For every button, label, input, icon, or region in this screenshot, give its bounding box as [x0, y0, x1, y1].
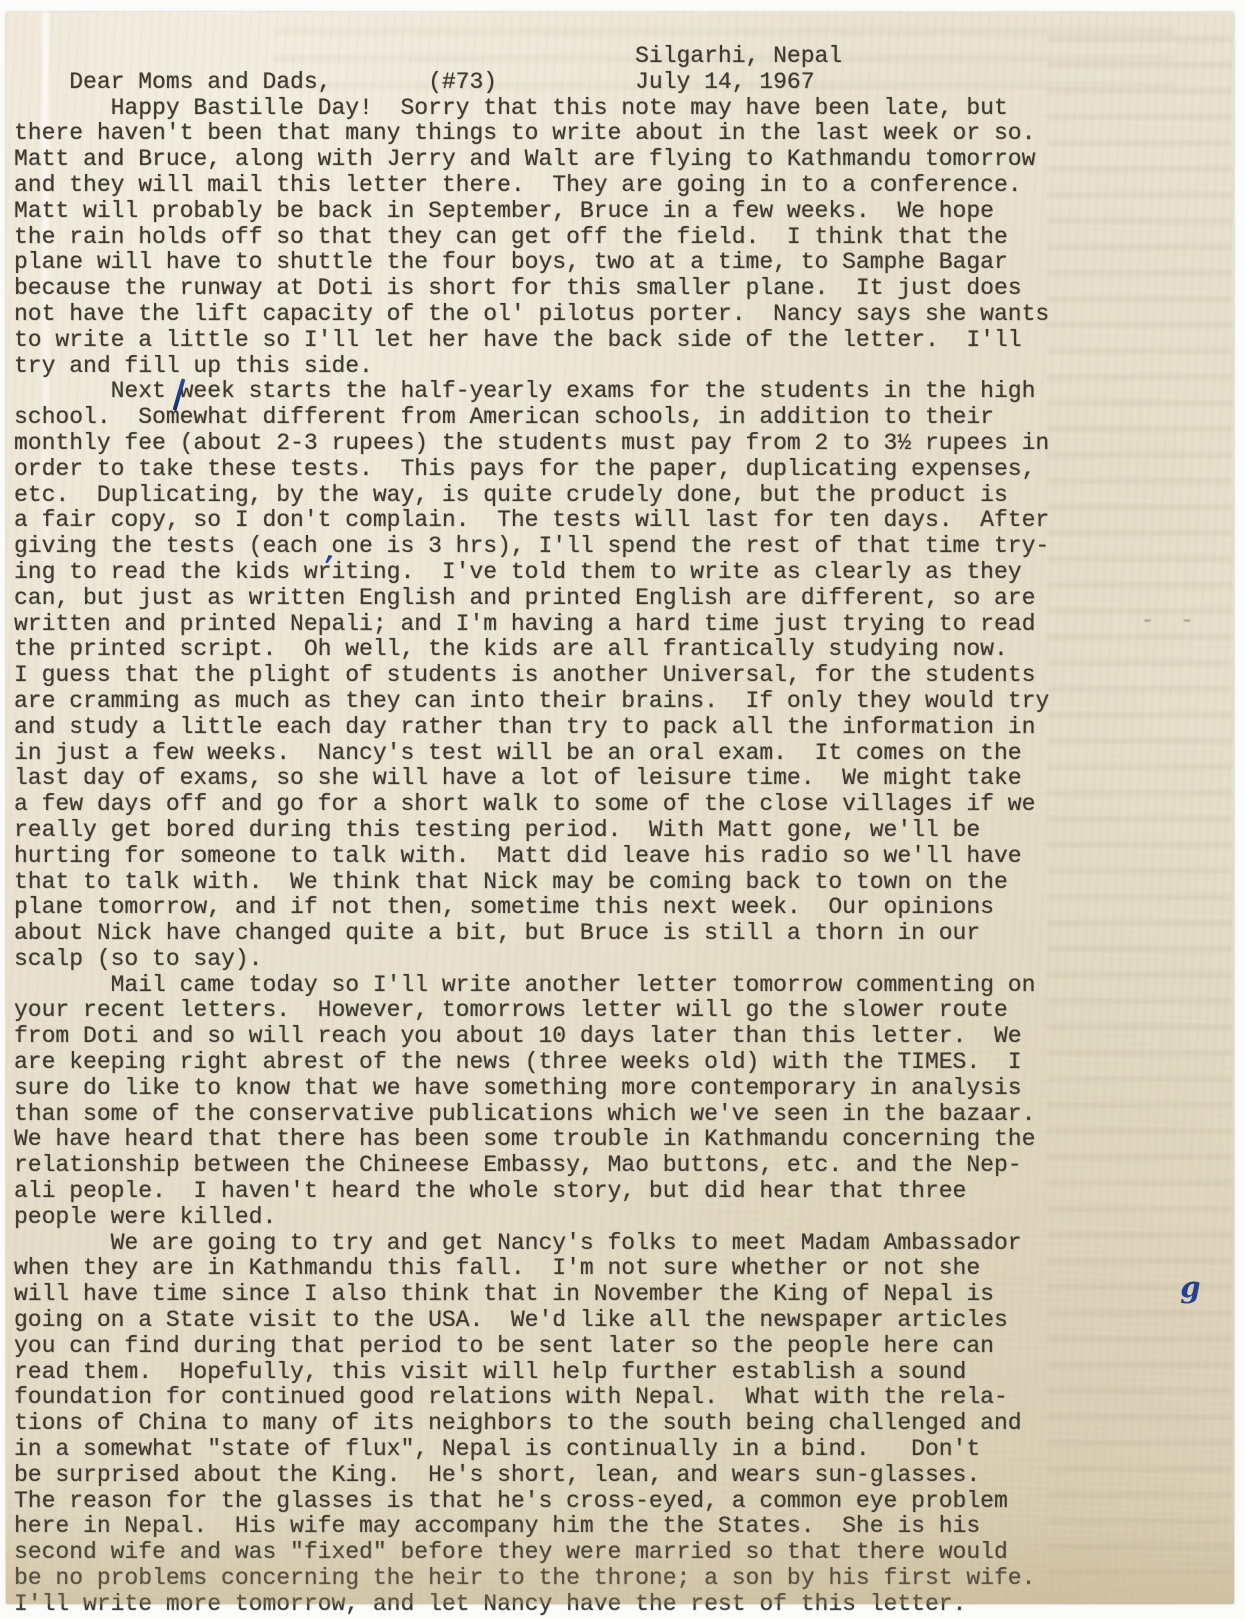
letter-line: Dear Moms and Dads, (#73) July 14, 1967 [14, 70, 1214, 96]
letter-line: to write a little so I'll let her have t… [14, 328, 1214, 354]
letter-line: ali people. I haven't heard the whole st… [14, 1179, 1214, 1205]
letter-body-text: Silgarhi, Nepal Dear Moms and Dads, (#73… [14, 44, 1214, 1618]
letter-line: really get bored during this testing per… [14, 818, 1214, 844]
letter-line: here in Nepal. His wife may accompany hi… [14, 1514, 1214, 1540]
letter-line: Next week starts the half-yearly exams f… [14, 379, 1214, 405]
letter-line: be surprised about the King. He's short,… [14, 1463, 1214, 1489]
letter-line: I guess that the plight of students is a… [14, 663, 1214, 689]
letter-line: etc. Duplicating, by the way, is quite c… [14, 483, 1214, 509]
letter-line: and study a little each day rather than … [14, 715, 1214, 741]
letter-line: We are going to try and get Nancy's folk… [14, 1231, 1214, 1257]
letter-line: from Doti and so will reach you about 10… [14, 1024, 1214, 1050]
letter-line: order to take these tests. This pays for… [14, 457, 1214, 483]
scanned-letter-page: - - Silgarhi, Nepal Dear Moms and Dads, … [6, 12, 1234, 1604]
letter-line: be no problems concerning the heir to th… [14, 1566, 1214, 1592]
letter-line: tions of China to many of its neighbors … [14, 1411, 1214, 1437]
letter-line: last day of exams, so she will have a lo… [14, 766, 1214, 792]
letter-line: sure do like to know that we have someth… [14, 1076, 1214, 1102]
letter-line: will have time since I also think that i… [14, 1282, 1214, 1308]
letter-line: Matt will probably be back in September,… [14, 199, 1214, 225]
letter-line: Happy Bastille Day! Sorry that this note… [14, 96, 1214, 122]
letter-line: a fair copy, so I don't complain. The te… [14, 508, 1214, 534]
letter-line: in a somewhat "state of flux", Nepal is … [14, 1437, 1214, 1463]
letter-line: school. Somewhat different from American… [14, 405, 1214, 431]
letter-line: giving the tests (each one is 3 hrs), I'… [14, 534, 1214, 560]
letter-line: a few days off and go for a short walk t… [14, 792, 1214, 818]
letter-line: second wife and was "fixed" before they … [14, 1540, 1214, 1566]
letter-line: foundation for continued good relations … [14, 1385, 1214, 1411]
letter-line: the printed script. Oh well, the kids ar… [14, 637, 1214, 663]
letter-line: there haven't been that many things to w… [14, 121, 1214, 147]
letter-line: and they will mail this letter there. Th… [14, 173, 1214, 199]
letter-line: in just a few weeks. Nancy's test will b… [14, 741, 1214, 767]
letter-line: read them. Hopefully, this visit will he… [14, 1360, 1214, 1386]
letter-line: when they are in Kathmandu this fall. I'… [14, 1256, 1214, 1282]
letter-line: ing to read the kids writing. I've told … [14, 560, 1214, 586]
letter-line: can, but just as written English and pri… [14, 586, 1214, 612]
letter-line: Mail came today so I'll write another le… [14, 973, 1214, 999]
letter-line: monthly fee (about 2-3 rupees) the stude… [14, 431, 1214, 457]
letter-line: your recent letters. However, tomorrows … [14, 998, 1214, 1024]
letter-line: I'll write more tomorrow, and let Nancy … [14, 1592, 1214, 1618]
letter-line: because the runway at Doti is short for … [14, 276, 1214, 302]
letter-line: We have heard that there has been some t… [14, 1127, 1214, 1153]
letter-line: scalp (so to say). [14, 947, 1214, 973]
letter-line: you can find during that period to be se… [14, 1334, 1214, 1360]
letter-line: than some of the conservative publicatio… [14, 1102, 1214, 1128]
letter-line: Silgarhi, Nepal [14, 44, 1214, 70]
letter-line: try and fill up this side. [14, 354, 1214, 380]
letter-line: are cramming as much as they can into th… [14, 689, 1214, 715]
letter-line: that to talk with. We think that Nick ma… [14, 870, 1214, 896]
letter-line: hurting for someone to talk with. Matt d… [14, 844, 1214, 870]
letter-line: about Nick have changed quite a bit, but… [14, 921, 1214, 947]
letter-line: relationship between the Chineese Embass… [14, 1153, 1214, 1179]
letter-line: the rain holds off so that they can get … [14, 225, 1214, 251]
letter-line: written and printed Nepali; and I'm havi… [14, 612, 1214, 638]
letter-line: The reason for the glasses is that he's … [14, 1489, 1214, 1515]
letter-line: plane tomorrow, and if not then, sometim… [14, 895, 1214, 921]
letter-line: not have the lift capacity of the ol' pi… [14, 302, 1214, 328]
letter-line: going on a State visit to the USA. We'd … [14, 1308, 1214, 1334]
letter-line: Matt and Bruce, along with Jerry and Wal… [14, 147, 1214, 173]
letter-line: are keeping right abrest of the news (th… [14, 1050, 1214, 1076]
letter-line: people were killed. [14, 1205, 1214, 1231]
letter-line: plane will have to shuttle the four boys… [14, 250, 1214, 276]
